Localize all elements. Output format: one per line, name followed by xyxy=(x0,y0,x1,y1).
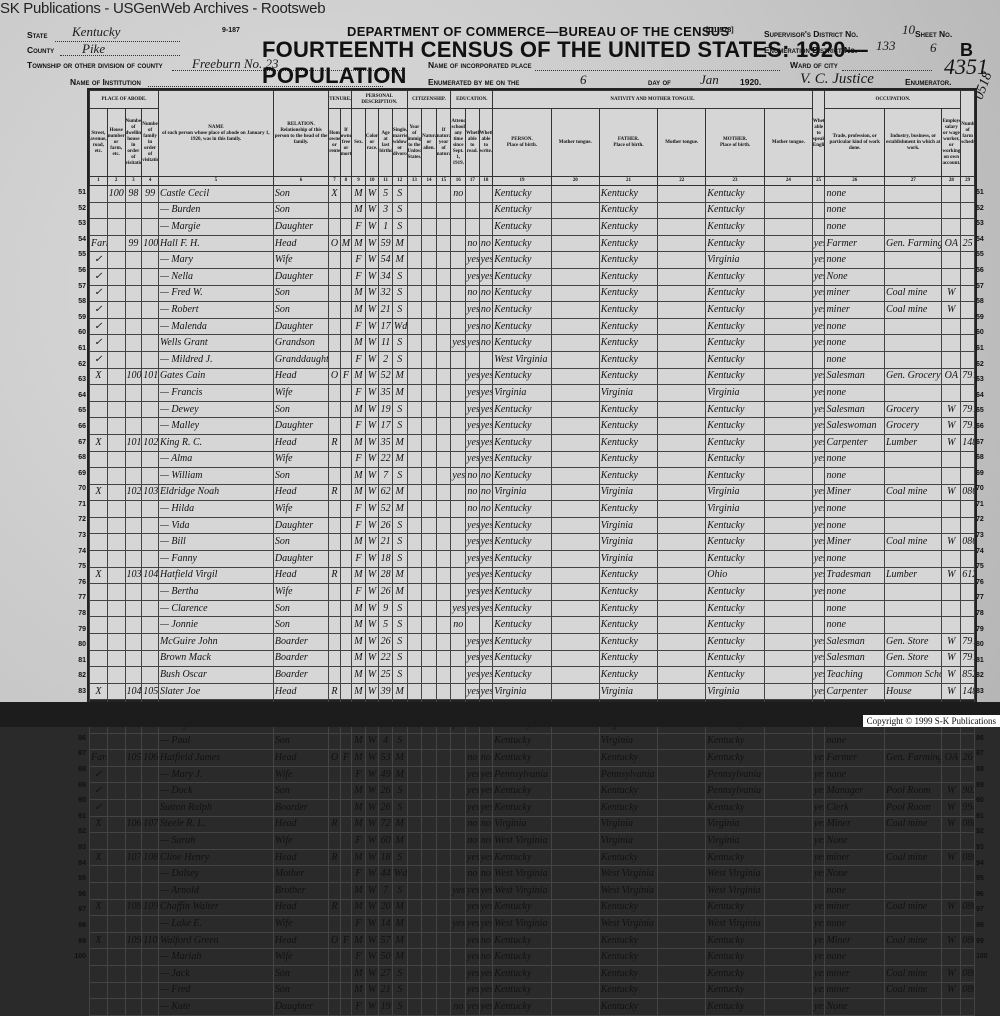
cell-english: yes xyxy=(812,302,825,319)
cell-industry xyxy=(884,186,941,203)
cell-pob_m: Kentucky xyxy=(706,302,765,319)
cell-english xyxy=(812,468,825,485)
line-number: 67 xyxy=(56,435,86,451)
cell-mortgage: M xyxy=(340,235,351,252)
cell-code xyxy=(961,252,975,269)
cell-mortgage xyxy=(340,584,351,601)
cell-trade: Tradesman xyxy=(825,567,885,584)
cell-age: 22 xyxy=(379,650,393,667)
cell-owned xyxy=(329,335,340,352)
column-number: 9 xyxy=(352,177,366,186)
cell-school xyxy=(451,318,466,335)
table-row: X103104Hatfield VirgilHeadRMW28MyesyesKe… xyxy=(90,567,975,584)
cell-pob_m: Kentucky xyxy=(706,351,765,368)
day-of-label: day of xyxy=(648,77,671,87)
cell-pob_m: Kentucky xyxy=(706,468,765,485)
cell-write: yes xyxy=(479,683,493,700)
empty-cell xyxy=(551,567,599,584)
cell-pob_m: Virginia xyxy=(706,252,765,269)
table-row: X102103Eldridge NoahHeadRMW62MnonoVirgin… xyxy=(90,484,975,501)
cell-pob_f: Kentucky xyxy=(599,634,658,651)
line-number: 73 xyxy=(976,528,1000,544)
column-number: 24 xyxy=(764,177,812,186)
cell-family xyxy=(142,285,159,302)
cell-industry: Grocery xyxy=(884,418,941,435)
table-row: X104105Slater JoeHeadRMW39MyesyesVirgini… xyxy=(90,683,975,700)
cell-dwelling: 104 xyxy=(125,683,142,700)
cell-marital: M xyxy=(392,235,407,252)
empty-cell xyxy=(551,534,599,551)
cell-age: 32 xyxy=(379,285,393,302)
table-row: McGuire JohnBoarderMW26SyesyesKentuckyKe… xyxy=(90,634,975,651)
cell-marital: M xyxy=(392,567,407,584)
cell-owned xyxy=(329,584,340,601)
cell-sex: M xyxy=(352,650,366,667)
cell-pob: Kentucky xyxy=(493,667,552,684)
empty-cell xyxy=(436,219,451,236)
cell-school: yes xyxy=(451,335,466,352)
cell-dwelling xyxy=(125,634,142,651)
cell-write: yes xyxy=(479,567,493,584)
cell-pob: Kentucky xyxy=(493,551,552,568)
cell-family xyxy=(142,335,159,352)
table-row: — WilliamSonMW7SyesnonoKentuckyKentuckyK… xyxy=(90,468,975,485)
cell-read: no xyxy=(466,501,480,518)
column-number: 11 xyxy=(379,177,393,186)
cell-owned xyxy=(329,600,340,617)
cell-race: W xyxy=(365,202,379,219)
cell-school xyxy=(451,517,466,534)
cell-industry: Coal mine xyxy=(884,534,941,551)
cell-marital: M xyxy=(392,584,407,601)
cell-dwelling xyxy=(125,219,142,236)
cell-pob: Kentucky xyxy=(493,567,552,584)
empty-cell xyxy=(422,600,437,617)
cell-mortgage xyxy=(340,351,351,368)
line-number: 80 xyxy=(976,637,1000,653)
cell-pob_m: Ohio xyxy=(706,567,765,584)
cell-school xyxy=(451,385,466,402)
column-number: 21 xyxy=(599,177,658,186)
cell-mortgage xyxy=(340,385,351,402)
cell-pob: West Virginia xyxy=(493,351,552,368)
header-english: Whether able to speak English. xyxy=(812,91,825,177)
empty-cell xyxy=(551,634,599,651)
cell-pob_m: Virginia xyxy=(706,385,765,402)
cell-pob_f: Kentucky xyxy=(599,418,658,435)
subheader-naturalized: Naturalized or alien. xyxy=(422,109,437,177)
header-place-of-abode: PLACE OF ABODE. xyxy=(90,91,159,109)
cell-race: W xyxy=(365,219,379,236)
empty-cell xyxy=(764,584,812,601)
cell-school xyxy=(451,567,466,584)
cell-family xyxy=(142,385,159,402)
cell-family xyxy=(142,401,159,418)
cell-name: — Francis xyxy=(158,385,273,402)
cell-employer xyxy=(942,617,961,634)
cell-read: yes xyxy=(466,683,480,700)
cell-sex: F xyxy=(352,351,366,368)
cell-pob: Virginia xyxy=(493,683,552,700)
cell-family xyxy=(142,418,159,435)
cell-marital: M xyxy=(392,484,407,501)
cell-read xyxy=(466,617,480,634)
cell-street xyxy=(90,385,108,402)
cell-english: yes xyxy=(812,318,825,335)
cell-relation: Wife xyxy=(273,501,328,518)
empty-cell xyxy=(436,368,451,385)
cell-english: yes xyxy=(812,418,825,435)
cell-mortgage xyxy=(340,484,351,501)
ward-line xyxy=(842,70,932,71)
cell-read: yes xyxy=(466,600,480,617)
cell-english xyxy=(812,202,825,219)
cell-employer xyxy=(942,318,961,335)
empty-cell xyxy=(436,567,451,584)
cell-mortgage xyxy=(340,567,351,584)
cell-english: yes xyxy=(812,434,825,451)
cell-age: 11 xyxy=(379,335,393,352)
cell-sex: F xyxy=(352,318,366,335)
line-number: 69 xyxy=(56,466,86,482)
cell-name: — Fanny xyxy=(158,551,273,568)
line-number: 61 xyxy=(976,341,1000,357)
line-number: 65 xyxy=(976,403,1000,419)
empty-cell xyxy=(764,385,812,402)
empty-cell xyxy=(658,235,706,252)
cell-dwelling xyxy=(125,252,142,269)
empty-cell xyxy=(551,335,599,352)
line-number: 82 xyxy=(976,668,1000,684)
header-farm-schedule: Number of farm schedule. xyxy=(961,91,975,177)
empty-cell xyxy=(658,401,706,418)
cell-relation: Boarder xyxy=(273,667,328,684)
cell-employer xyxy=(942,335,961,352)
empty-cell xyxy=(422,385,437,402)
empty-cell xyxy=(436,617,451,634)
cell-pob_m: Kentucky xyxy=(706,202,765,219)
cell-employer xyxy=(942,268,961,285)
table-row: — MalleyDaughterFW17SyesyesKentuckyKentu… xyxy=(90,418,975,435)
cell-code: 612 xyxy=(961,567,975,584)
empty-cell xyxy=(436,484,451,501)
cell-owned xyxy=(329,202,340,219)
empty-cell xyxy=(551,302,599,319)
empty-cell xyxy=(407,650,422,667)
cell-street xyxy=(90,501,108,518)
empty-cell xyxy=(436,600,451,617)
table-row: ✓— MalendaDaughterFW17WdyesnoKentuckyKen… xyxy=(90,318,975,335)
cell-name: — Mildred J. xyxy=(158,351,273,368)
cell-house xyxy=(107,385,125,402)
cell-relation: Daughter xyxy=(273,517,328,534)
cell-family xyxy=(142,650,159,667)
cell-pob_f: Kentucky xyxy=(599,318,658,335)
cell-marital: M xyxy=(392,385,407,402)
cell-pob_m: Kentucky xyxy=(706,219,765,236)
cell-name: — Mary xyxy=(158,252,273,269)
empty-cell xyxy=(551,683,599,700)
cell-trade: none xyxy=(825,252,885,269)
cell-industry xyxy=(884,202,941,219)
cell-mortgage xyxy=(340,534,351,551)
cell-trade: Teaching xyxy=(825,667,885,684)
empty-cell xyxy=(658,617,706,634)
empty-cell xyxy=(436,318,451,335)
cell-marital: S xyxy=(392,418,407,435)
line-number: 59 xyxy=(976,310,1000,326)
cell-marital: S xyxy=(392,335,407,352)
cell-age: 5 xyxy=(379,617,393,634)
empty-cell xyxy=(436,351,451,368)
cell-race: W xyxy=(365,683,379,700)
line-number: 61 xyxy=(56,341,86,357)
cell-english: yes xyxy=(812,252,825,269)
cell-race: W xyxy=(365,650,379,667)
cell-pob_m: Kentucky xyxy=(706,584,765,601)
cell-code: 148 xyxy=(961,434,975,451)
cell-race: W xyxy=(365,634,379,651)
line-number: 77 xyxy=(976,590,1000,606)
empty-cell xyxy=(436,683,451,700)
empty-cell xyxy=(764,418,812,435)
cell-industry: House xyxy=(884,683,941,700)
cell-school xyxy=(451,302,466,319)
cell-trade: none xyxy=(825,551,885,568)
enumerated-month: Jan xyxy=(700,72,719,88)
cell-school xyxy=(451,584,466,601)
subheader-house: House number or farm, etc. xyxy=(107,109,125,177)
empty-cell xyxy=(422,484,437,501)
cell-pob_f: Kentucky xyxy=(599,567,658,584)
cell-write: no xyxy=(479,335,493,352)
cell-read: yes xyxy=(466,634,480,651)
cell-pob_m: Kentucky xyxy=(706,418,765,435)
cell-name: — Robert xyxy=(158,302,273,319)
empty-cell xyxy=(422,268,437,285)
incorporated-place-label: Name of incorporated place xyxy=(428,60,531,70)
empty-cell xyxy=(658,219,706,236)
cell-sex: M xyxy=(352,484,366,501)
cell-employer: W xyxy=(942,434,961,451)
cell-street: X xyxy=(90,683,108,700)
cell-name: — Clarence xyxy=(158,600,273,617)
cell-pob_f: Kentucky xyxy=(599,186,658,203)
empty-cell xyxy=(407,434,422,451)
cell-sex: M xyxy=(352,186,366,203)
empty-cell xyxy=(551,385,599,402)
cell-trade: Miner xyxy=(825,484,885,501)
cell-code: 791 xyxy=(961,634,975,651)
column-number: 18 xyxy=(479,177,493,186)
line-number: 71 xyxy=(56,497,86,513)
cell-english xyxy=(812,219,825,236)
cell-family xyxy=(142,534,159,551)
cell-pob_f: Kentucky xyxy=(599,650,658,667)
cell-owned: X xyxy=(329,186,340,203)
column-number: 6 xyxy=(273,177,328,186)
cell-relation: Boarder xyxy=(273,650,328,667)
empty-cell xyxy=(658,335,706,352)
line-number: 53 xyxy=(56,216,86,232)
line-number: 79 xyxy=(976,622,1000,638)
cell-school xyxy=(451,451,466,468)
cell-write: no xyxy=(479,318,493,335)
cell-employer: W xyxy=(942,567,961,584)
header-occupation: OCCUPATION. xyxy=(825,91,961,109)
line-number: 54 xyxy=(976,232,1000,248)
cell-owned: O xyxy=(329,368,340,385)
empty-cell xyxy=(422,683,437,700)
cell-employer xyxy=(942,385,961,402)
empty-cell xyxy=(407,302,422,319)
empty-cell xyxy=(764,600,812,617)
cell-name: Eldridge Noah xyxy=(158,484,273,501)
cell-code: 080 xyxy=(961,534,975,551)
empty-cell xyxy=(422,318,437,335)
cell-dwelling: 98 xyxy=(125,186,142,203)
cell-family xyxy=(142,302,159,319)
cell-pob_f: Kentucky xyxy=(599,667,658,684)
cell-street: ✓ xyxy=(90,318,108,335)
cell-race: W xyxy=(365,434,379,451)
line-number: 83 xyxy=(56,684,86,700)
subheader-read: Whether able to read. xyxy=(466,109,480,177)
cell-street: ✓ xyxy=(90,285,108,302)
line-number: 74 xyxy=(976,544,1000,560)
cell-marital: S xyxy=(392,302,407,319)
cell-owned xyxy=(329,551,340,568)
cell-street xyxy=(90,517,108,534)
cell-school xyxy=(451,252,466,269)
cell-employer: W xyxy=(942,634,961,651)
empty-cell xyxy=(551,368,599,385)
cell-english: yes xyxy=(812,567,825,584)
cell-family xyxy=(142,501,159,518)
cell-pob_f: Virginia xyxy=(599,534,658,551)
cell-code xyxy=(961,551,975,568)
cell-code: 148 xyxy=(961,683,975,700)
cell-pob: Kentucky xyxy=(493,335,552,352)
cell-pob: Kentucky xyxy=(493,368,552,385)
cell-dwelling xyxy=(125,584,142,601)
subheader-school: Attended school any time since Sept. 1, … xyxy=(451,109,466,177)
cell-dwelling xyxy=(125,501,142,518)
column-number: 17 xyxy=(466,177,480,186)
empty-cell xyxy=(551,285,599,302)
cell-code xyxy=(961,219,975,236)
empty-cell xyxy=(436,584,451,601)
empty-cell xyxy=(436,186,451,203)
father-birthplace-label: Place of birth. xyxy=(600,143,658,149)
cell-street xyxy=(90,667,108,684)
cell-family xyxy=(142,219,159,236)
cell-relation: Son xyxy=(273,401,328,418)
cell-age: 28 xyxy=(379,567,393,584)
cell-employer: W xyxy=(942,418,961,435)
cell-owned xyxy=(329,252,340,269)
line-number: 55 xyxy=(976,247,1000,263)
cell-age: 25 xyxy=(379,667,393,684)
line-number: 72 xyxy=(976,512,1000,528)
empty-cell xyxy=(658,634,706,651)
subheader-mother-tongue: Mother tongue. xyxy=(764,109,812,177)
cell-sex: F xyxy=(352,584,366,601)
empty-cell xyxy=(764,235,812,252)
cell-write: no xyxy=(479,484,493,501)
cell-english: yes xyxy=(812,634,825,651)
cell-code xyxy=(961,584,975,601)
cell-read: yes xyxy=(466,318,480,335)
cell-pob: Kentucky xyxy=(493,268,552,285)
cell-trade: Carpenter xyxy=(825,683,885,700)
cell-relation: Son xyxy=(273,468,328,485)
cell-mortgage xyxy=(340,617,351,634)
empty-cell xyxy=(407,517,422,534)
table-row: Farm99100Hall F. H.HeadOMMW59MnonoKentuc… xyxy=(90,235,975,252)
cell-owned xyxy=(329,351,340,368)
cell-sex: F xyxy=(352,418,366,435)
cell-code xyxy=(961,517,975,534)
cell-mortgage xyxy=(340,501,351,518)
empty-cell xyxy=(551,517,599,534)
cell-owned xyxy=(329,401,340,418)
cell-marital: S xyxy=(392,268,407,285)
cell-industry: Gen. Farming xyxy=(884,235,941,252)
empty-cell xyxy=(551,484,599,501)
line-number: 64 xyxy=(56,388,86,404)
cell-read: yes xyxy=(466,434,480,451)
cell-sex: F xyxy=(352,517,366,534)
empty-cell xyxy=(551,551,599,568)
empty-cell xyxy=(658,351,706,368)
cell-family: 104 xyxy=(142,567,159,584)
empty-cell xyxy=(658,567,706,584)
line-number: 81 xyxy=(56,653,86,669)
cell-name: — Malenda xyxy=(158,318,273,335)
cell-dwelling xyxy=(125,418,142,435)
line-number: 69 xyxy=(976,466,1000,482)
cell-marital: S xyxy=(392,468,407,485)
cell-code xyxy=(961,285,975,302)
empty-cell xyxy=(407,385,422,402)
cell-pob_m: Kentucky xyxy=(706,451,765,468)
cell-pob_f: Kentucky xyxy=(599,268,658,285)
cell-sex: F xyxy=(352,451,366,468)
supervisor-district-value: 10 xyxy=(902,22,915,38)
cell-mortgage xyxy=(340,418,351,435)
cell-trade: Salesman xyxy=(825,401,885,418)
cell-name: McGuire John xyxy=(158,634,273,651)
cell-read xyxy=(466,351,480,368)
empty-cell xyxy=(551,584,599,601)
cell-street xyxy=(90,219,108,236)
cell-dwelling: 103 xyxy=(125,567,142,584)
cell-street: X xyxy=(90,434,108,451)
empty-cell xyxy=(764,219,812,236)
cell-family xyxy=(142,202,159,219)
empty-cell xyxy=(407,451,422,468)
cell-pob_f: Kentucky xyxy=(599,368,658,385)
empty-cell xyxy=(407,468,422,485)
cell-name: Slater Joe xyxy=(158,683,273,700)
cell-house xyxy=(107,351,125,368)
person-birthplace-label: Place of birth. xyxy=(493,143,551,149)
empty-cell xyxy=(658,302,706,319)
cell-pob_m: Kentucky xyxy=(706,318,765,335)
empty-cell xyxy=(764,351,812,368)
cell-read: yes xyxy=(466,368,480,385)
